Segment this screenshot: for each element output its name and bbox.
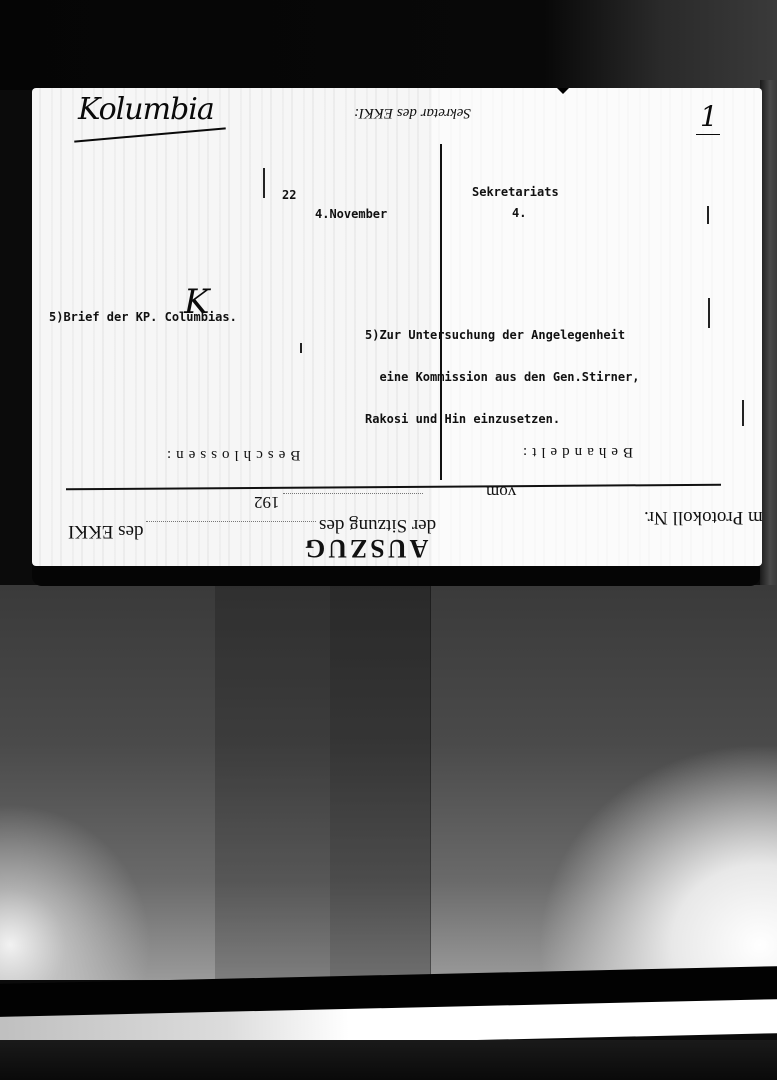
film-stripe: [330, 585, 430, 980]
scan-mark: [263, 168, 265, 198]
decided-line: 5)Zur Untersuchung der Angelegenheit: [365, 328, 640, 342]
film-stripe-line: [430, 585, 431, 980]
decided-column-label: Beschlossen:: [162, 446, 300, 463]
typed-date: 4.November: [315, 207, 387, 221]
decided-line: eine Kommission aus den Gen.Stirner,: [365, 370, 640, 384]
typed-item-decided: 5)Zur Untersuchung der Angelegenheit ein…: [365, 300, 640, 454]
form-rule: [66, 484, 721, 491]
year-fill-line: [283, 493, 423, 494]
scanner-background-top: [0, 0, 777, 90]
secretary-label: Sekretar des EKKI:: [354, 104, 471, 121]
date-label: vom: [486, 482, 516, 502]
scan-mark: [707, 206, 709, 224]
protocol-extract-card: Kolumbia 1 Sekretar des EKKI: Beschlosse…: [32, 88, 762, 566]
scan-mark: [742, 400, 744, 426]
scan-mark: [708, 298, 710, 328]
typed-body-number: 4.: [512, 206, 526, 220]
form-heading: AUSZUG: [302, 533, 428, 563]
scanner-background-right: [760, 80, 777, 590]
year-prefix: 192: [254, 492, 280, 512]
page-number-underline: [696, 134, 720, 135]
scan-mark: [300, 343, 302, 353]
handwritten-underline: [74, 127, 226, 142]
film-stripe: [215, 585, 330, 980]
protocol-number-label: aus dem Protokoll Nr.: [644, 506, 762, 528]
handwritten-page-number: 1: [700, 100, 718, 133]
session-fill-line: [146, 521, 316, 522]
ekki-label: des EKKI: [68, 520, 143, 542]
typed-protocol-number: 22: [282, 188, 296, 202]
handwritten-title: Kolumbia: [78, 92, 214, 127]
card-notch: [555, 88, 571, 94]
handwritten-k-correction: K: [184, 282, 209, 322]
decided-line: Rakosi und Hin einzusetzen.: [365, 412, 640, 426]
typed-body: Sekretariats: [472, 185, 559, 199]
film-band-bottom: [0, 1040, 777, 1080]
